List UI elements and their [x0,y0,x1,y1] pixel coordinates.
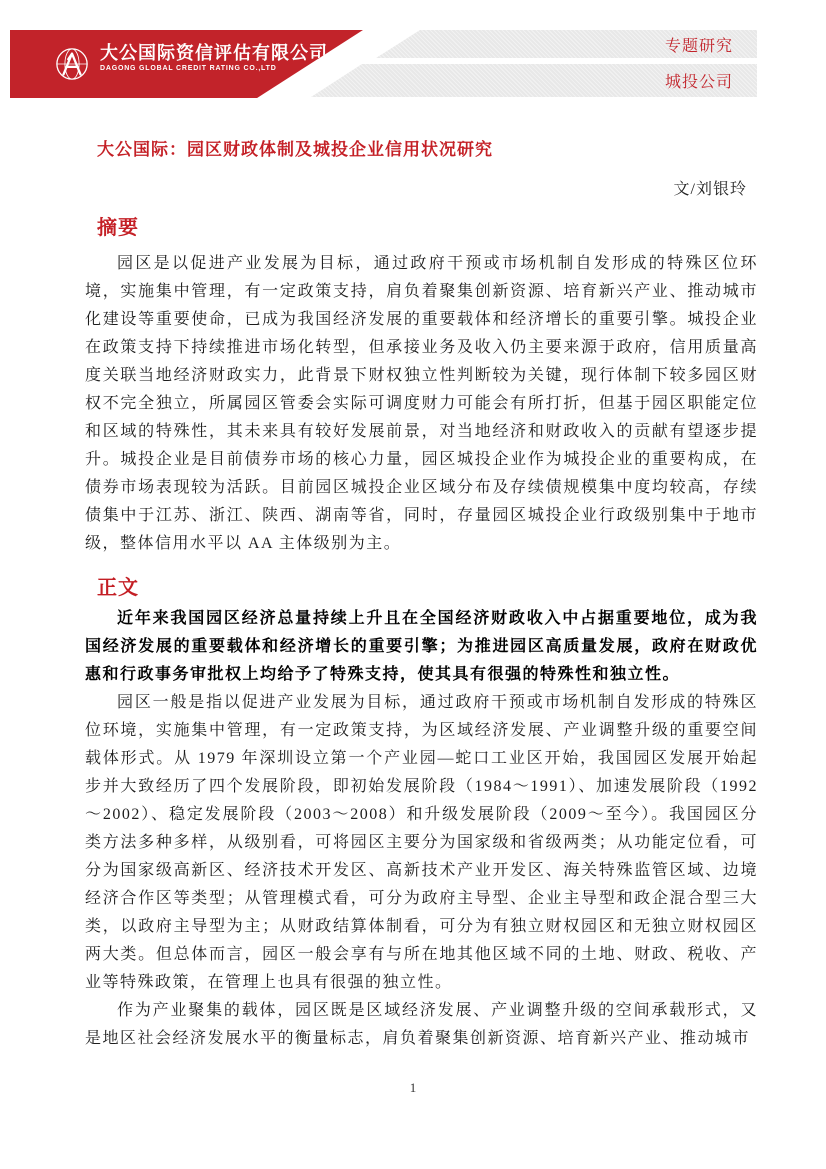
tag-topic-research: 专题研究 [665,33,757,56]
page-number: 1 [0,1080,826,1096]
company-banner: 大公国际资信评估有限公司 DAGONG GLOBAL CREDIT RATING… [10,30,363,98]
abstract-block: 园区是以促进产业发展为目标，通过政府干预或市场机制自发形成的特殊区位环境，实施集… [85,250,758,558]
body-paragraph: 作为产业聚集的载体，园区既是区域经济发展、产业调整升级的空间承载形式，又是地区社… [85,997,758,1053]
company-name-block: 大公国际资信评估有限公司 DAGONG GLOBAL CREDIT RATING… [100,42,340,74]
author-byline: 文/刘银玲 [85,176,757,199]
body-paragraph: 园区一般是指以促进产业发展为目标，通过政府干预或市场机制自发形成的特殊区位环境，… [85,689,758,997]
abstract-heading: 摘要 [97,211,139,240]
abstract-paragraph: 园区是以促进产业发展为目标，通过政府干预或市场机制自发形成的特殊区位环境，实施集… [85,250,758,558]
dagong-globe-logo-icon [55,47,89,81]
body-paragraph-lead: 近年来我国园区经济总量持续上升且在全国经济财政收入中占据重要地位，成为我国经济发… [85,605,758,689]
company-name-cn: 大公国际资信评估有限公司 [100,42,340,64]
body-block: 近年来我国园区经济总量持续上升且在全国经济财政收入中占据重要地位，成为我国经济发… [85,605,758,1053]
header-tag-band-topic: 专题研究 [368,30,757,58]
body-heading: 正文 [97,571,139,600]
document-page: 大公国际资信评估有限公司 DAGONG GLOBAL CREDIT RATING… [0,0,826,1169]
company-name-en: DAGONG GLOBAL CREDIT RATING CO.,LTD [100,64,340,74]
article-title: 大公国际：园区财政体制及城投企业信用状况研究 [97,135,757,160]
header-tag-band-sector: 城投公司 [308,64,757,97]
tag-urban-investment: 城投公司 [665,69,757,92]
